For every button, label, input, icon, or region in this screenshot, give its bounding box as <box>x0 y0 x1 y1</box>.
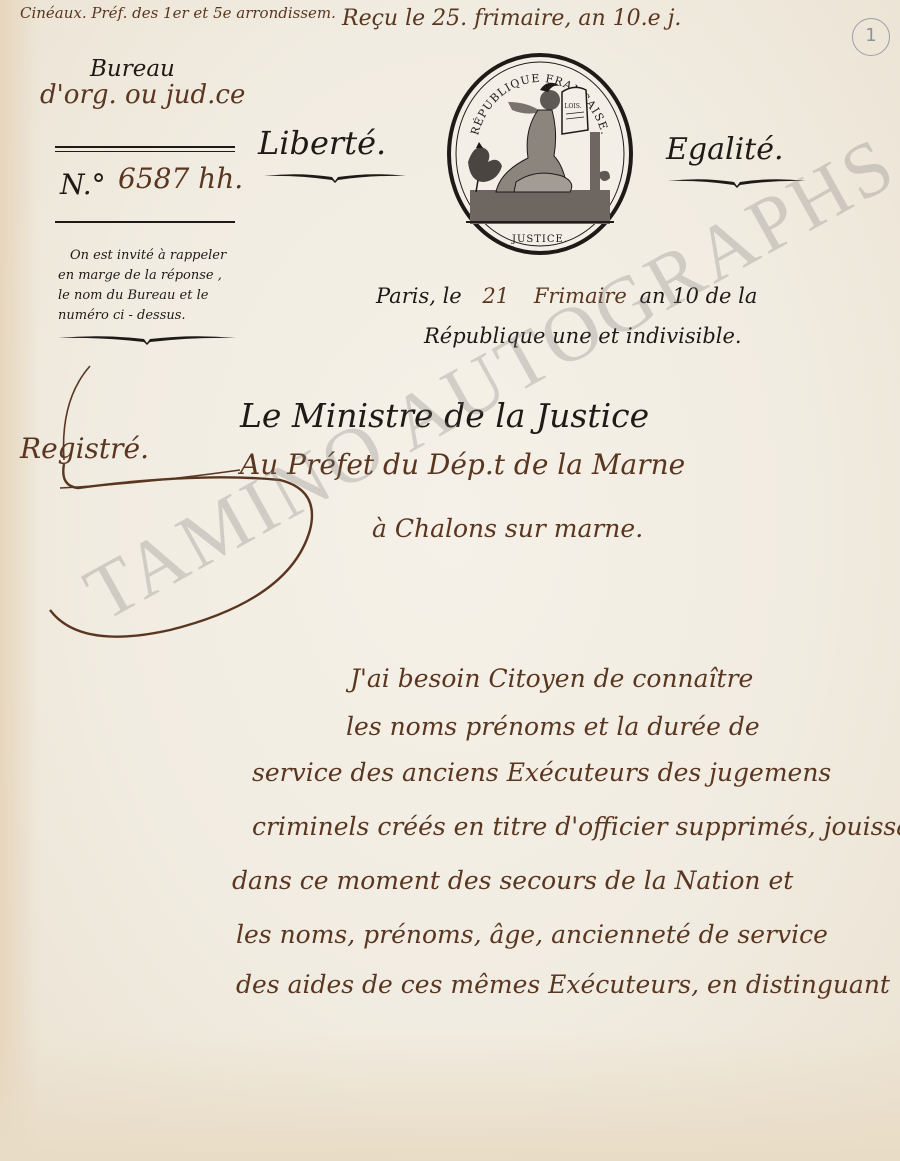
bureau-double-rule-bottom <box>55 151 235 152</box>
justice-seal-icon: RÉPUBLIQUE FRANÇAISE. LOIS. JUSTICE. <box>446 52 634 256</box>
notice-line: en marge de la réponse , <box>58 266 238 286</box>
letter-page: Cinéaux. Préf. des 1er et 5e arrondissem… <box>0 0 900 1161</box>
motto-egalite: Egalité. <box>666 132 784 167</box>
addressee-place: à Chalons sur marne. <box>372 514 643 543</box>
bureau-double-rule-top <box>55 146 235 148</box>
body-line: dans ce moment des secours de la Nation … <box>232 866 793 895</box>
bureau-label: Bureau <box>90 56 175 82</box>
body-line: J'ai besoin Citoyen de connaître <box>350 664 753 693</box>
top-margin-note: Cinéaux. Préf. des 1er et 5e arrondissem… <box>20 4 336 22</box>
liberte-flourish-icon <box>262 172 408 184</box>
notice-line: le nom du Bureau et le <box>58 286 238 306</box>
sender-minister: Le Ministre de la Justice <box>240 396 649 435</box>
dateline-republic: République une et indivisible. <box>424 324 742 348</box>
body-line: des aides de ces mêmes Exécuteurs, en di… <box>236 970 890 999</box>
page-number-badge: 1 <box>852 18 890 56</box>
seal-bottom-text: JUSTICE. <box>511 234 568 245</box>
motto-liberte: Liberté. <box>258 124 386 162</box>
body-line: les noms, prénoms, âge, ancienneté de se… <box>236 920 828 949</box>
egalite-flourish-icon <box>666 177 808 189</box>
dateline: Paris, le 21 Frimaire an 10 de la <box>376 284 757 308</box>
dateline-suffix: an 10 de la <box>639 284 757 308</box>
number-rule <box>55 221 235 223</box>
dateline-day: 21 <box>482 284 509 308</box>
body-line: service des anciens Exécuteurs des jugem… <box>252 758 831 787</box>
notice-flourish-icon <box>56 334 238 346</box>
dateline-prefix: Paris, le <box>376 284 462 308</box>
number-label: N.° <box>60 168 106 201</box>
dateline-month: Frimaire <box>534 284 627 308</box>
number-value: 6587 hh. <box>118 162 243 195</box>
body-line: criminels créés en titre d'officier supp… <box>252 812 900 841</box>
body-line: les noms prénoms et la durée de <box>346 712 760 741</box>
notice-line: numéro ci - dessus. <box>58 306 238 326</box>
addressee: Au Préfet du Dép.t de la Marne <box>240 448 685 481</box>
bureau-value: d'org. ou jud.ce <box>40 80 245 110</box>
notice-line: On est invité à rappeler <box>58 246 238 266</box>
seal-tablet-text: LOIS. <box>564 103 581 110</box>
reply-notice: On est invité à rappeler en marge de la … <box>58 246 238 326</box>
received-note: Reçu le 25. frimaire, an 10.e j. <box>342 6 681 31</box>
